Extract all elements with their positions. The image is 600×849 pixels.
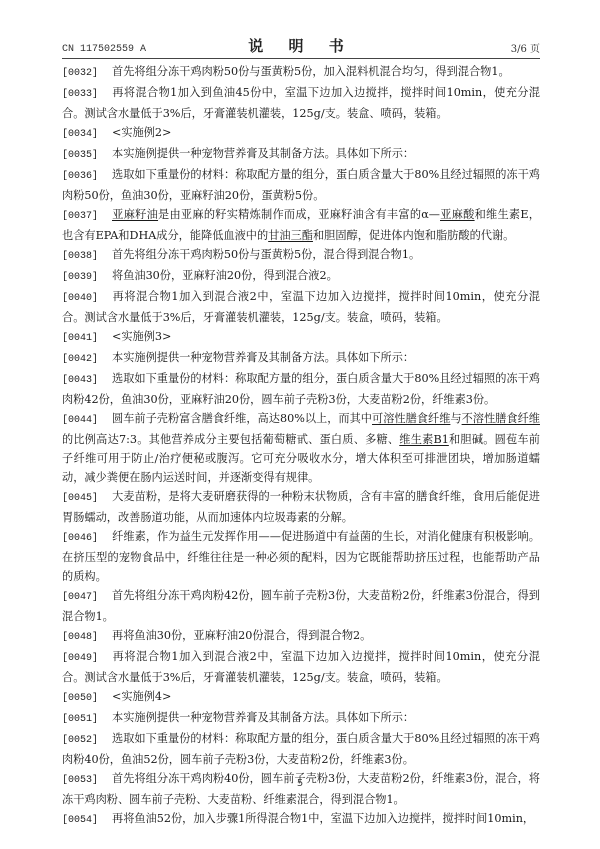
paragraph-text: 首先将组分冻干鸡肉粉50份与蛋黄粉5份，混合得到混合物1。: [112, 248, 420, 261]
paragraph-text: 选取如下重量份的材料：称取配方量的组分，蛋白质含量大于80%且经过辐照的冻干鸡肉…: [62, 168, 540, 202]
text-segment: 首先将组分冻干鸡肉粉50份与蛋黄粉5份，加入混料机混合均匀，得到混合物1。: [112, 65, 510, 78]
paragraph-number: [0047]: [62, 588, 112, 607]
text-segment: 再将鱼油30份，亚麻籽油20份混合，得到混合物2。: [112, 629, 371, 642]
paragraph-number: [0048]: [62, 628, 112, 647]
paragraph-number: [0044]: [62, 411, 112, 430]
paragraph: [0039]将鱼油30份，亚麻籽油20份，得到混合液2。: [62, 266, 540, 287]
text-segment: 与: [450, 412, 461, 425]
paragraph-text: 选取如下重量份的材料：称取配方量的组分，蛋白质含量大于80%且经过辐照的冻干鸡肉…: [62, 732, 540, 766]
text-segment: <实施例2>: [112, 126, 171, 139]
paragraph-text: 再将鱼油30份，亚麻籽油20份混合，得到混合物2。: [112, 629, 371, 642]
paragraph-number: [0043]: [62, 371, 112, 390]
paragraph-text: <实施例4>: [112, 690, 171, 703]
text-segment: 选取如下重量份的材料：称取配方量的组分，蛋白质含量大于80%且经过辐照的冻干鸡肉…: [62, 372, 540, 406]
paragraph-text: 大麦苗粉，是将大麦研磨获得的一种粉末状物质，含有丰富的膳食纤维，食用后能促进胃肠…: [62, 490, 540, 524]
paragraph-text: 首先将组分冻干鸡肉粉42份，圆车前子壳粉3份，大麦苗粉2份，纤维素3份混合，得到…: [62, 589, 540, 623]
paragraph-number: [0054]: [62, 811, 112, 830]
paragraph-number: [0045]: [62, 489, 112, 508]
paragraph: [0040]再将混合物1加入到混合液2中，室温下边加入边搅拌，搅拌时间10min…: [62, 287, 540, 327]
underlined-term: 亚麻酸: [440, 208, 475, 221]
paragraph-text: 选取如下重量份的材料：称取配方量的组分，蛋白质含量大于80%且经过辐照的冻干鸡肉…: [62, 372, 540, 406]
paragraph-text: 再将鱼油52份，加入步骤1所得混合物1中，室温下边加入边搅拌，搅拌时间10min…: [112, 812, 534, 825]
paragraph-number: [0032]: [62, 64, 112, 83]
paragraph: [0046]纤维素，作为益生元发挥作用——促进肠道中有益菌的生长，对消化健康有积…: [62, 527, 540, 586]
text-segment: 再将鱼油52份，加入步骤1所得混合物1中，室温下边加入边搅拌，搅拌时间10min…: [112, 812, 534, 825]
text-segment: 首先将组分冻干鸡肉粉42份，圆车前子壳粉3份，大麦苗粉2份，纤维素3份混合，得到…: [62, 589, 540, 623]
text-segment: 选取如下重量份的材料：称取配方量的组分，蛋白质含量大于80%且经过辐照的冻干鸡肉…: [62, 732, 540, 766]
underlined-term: 可溶性膳食纤维: [372, 412, 450, 425]
paragraph: [0034]<实施例2>: [62, 123, 540, 144]
text-segment: 本实施例提供一种宠物营养膏及其制备方法。具体如下所示：: [112, 147, 414, 160]
paragraph: [0052]选取如下重量份的材料：称取配方量的组分，蛋白质含量大于80%且经过辐…: [62, 729, 540, 769]
paragraph-text: <实施例2>: [112, 126, 171, 139]
paragraph-text: 本实施例提供一种宠物营养膏及其制备方法。具体如下所示：: [112, 147, 414, 160]
page-footer: 5: [0, 778, 600, 789]
text-segment: 选取如下重量份的材料：称取配方量的组分，蛋白质含量大于80%且经过辐照的冻干鸡肉…: [62, 168, 540, 202]
paragraph-text: 首先将组分冻干鸡肉粉50份与蛋黄粉5份，加入混料机混合均匀，得到混合物1。: [112, 65, 510, 78]
underlined-term: 亚麻籽油: [112, 208, 158, 221]
page-header: CN 117502559 A 说 明 书 3/6 页: [62, 36, 540, 59]
paragraph-text: 本实施例提供一种宠物营养膏及其制备方法。具体如下所示：: [112, 351, 414, 364]
paragraph: [0032]首先将组分冻干鸡肉粉50份与蛋黄粉5份，加入混料机混合均匀，得到混合…: [62, 62, 540, 83]
paragraph: [0051]本实施例提供一种宠物营养膏及其制备方法。具体如下所示：: [62, 708, 540, 729]
paragraph-text: 纤维素，作为益生元发挥作用——促进肠道中有益菌的生长，对消化健康有积极影响。在挤…: [62, 530, 540, 583]
paragraph: [0041]<实施例3>: [62, 327, 540, 348]
page-indicator: 3/6 页: [511, 40, 540, 55]
text-segment: 本实施例提供一种宠物营养膏及其制备方法。具体如下所示：: [112, 351, 414, 364]
paragraph-number: [0036]: [62, 167, 112, 186]
paragraph: [0043]选取如下重量份的材料：称取配方量的组分，蛋白质含量大于80%且经过辐…: [62, 369, 540, 409]
underlined-term: 维生素B1: [399, 433, 449, 446]
text-segment: 是由亚麻的籽实精炼制作而成，亚麻籽油含有丰富的α—: [158, 208, 440, 221]
paragraph-number: [0052]: [62, 731, 112, 750]
paragraph-text: 再将混合物1加入到混合液2中，室温下边加入边搅拌，搅拌时间10min，使充分混合…: [62, 290, 540, 324]
text-segment: <实施例3>: [112, 330, 171, 343]
paragraph: [0033]再将混合物1加入到鱼油45份中，室温下边加入边搅拌，搅拌时间10mi…: [62, 83, 540, 123]
document-body: [0032]首先将组分冻干鸡肉粉50份与蛋黄粉5份，加入混料机混合均匀，得到混合…: [62, 62, 540, 830]
paragraph-text: <实施例3>: [112, 330, 171, 343]
paragraph-text: 圆车前子壳粉富含膳食纤维，高达80%以上，而其中可溶性膳食纤维与不溶性膳食纤维的…: [62, 412, 540, 484]
paragraph: [0037]亚麻籽油是由亚麻的籽实精炼制作而成，亚麻籽油含有丰富的α—亚麻酸和维…: [62, 205, 540, 245]
paragraph: [0036]选取如下重量份的材料：称取配方量的组分，蛋白质含量大于80%且经过辐…: [62, 165, 540, 205]
text-segment: 圆车前子壳粉富含膳食纤维，高达80%以上，而其中: [112, 412, 372, 425]
text-segment: 大麦苗粉，是将大麦研磨获得的一种粉末状物质，含有丰富的膳食纤维，食用后能促进胃肠…: [62, 490, 540, 524]
paragraph-text: 再将混合物1加入到混合液2中，室温下边加入边搅拌，搅拌时间10min，使充分混合…: [62, 650, 540, 684]
paragraph-number: [0051]: [62, 710, 112, 729]
text-segment: 将鱼油30份，亚麻籽油20份，得到混合液2。: [112, 269, 338, 282]
underlined-term: 甘油三酯: [268, 229, 313, 242]
paragraph: [0050]<实施例4>: [62, 687, 540, 708]
paragraph-number: [0034]: [62, 125, 112, 144]
paragraph: [0045]大麦苗粉，是将大麦研磨获得的一种粉末状物质，含有丰富的膳食纤维，食用…: [62, 487, 540, 527]
paragraph-number: [0035]: [62, 146, 112, 165]
paragraph-text: 将鱼油30份，亚麻籽油20份，得到混合液2。: [112, 269, 338, 282]
paragraph-number: [0040]: [62, 289, 112, 308]
paragraph-number: [0037]: [62, 207, 112, 226]
paragraph: [0054]再将鱼油52份，加入步骤1所得混合物1中，室温下边加入边搅拌，搅拌时…: [62, 809, 540, 830]
text-segment: <实施例4>: [112, 690, 171, 703]
paragraph: [0047]首先将组分冻干鸡肉粉42份，圆车前子壳粉3份，大麦苗粉2份，纤维素3…: [62, 586, 540, 626]
paragraph: [0035]本实施例提供一种宠物营养膏及其制备方法。具体如下所示：: [62, 144, 540, 165]
paragraph: [0038]首先将组分冻干鸡肉粉50份与蛋黄粉5份，混合得到混合物1。: [62, 245, 540, 266]
page-number: 5: [297, 778, 303, 789]
text-segment: 再将混合物1加入到鱼油45份中，室温下边加入边搅拌，搅拌时间10min，使充分混…: [62, 86, 540, 120]
underlined-term: 不溶性膳食纤维: [462, 412, 540, 425]
paragraph-number: [0049]: [62, 649, 112, 668]
paragraph-number: [0038]: [62, 247, 112, 266]
paragraph: [0049]再将混合物1加入到混合液2中，室温下边加入边搅拌，搅拌时间10min…: [62, 647, 540, 687]
text-segment: 再将混合物1加入到混合液2中，室温下边加入边搅拌，搅拌时间10min，使充分混合…: [62, 290, 540, 324]
paragraph-number: [0050]: [62, 689, 112, 708]
text-segment: 本实施例提供一种宠物营养膏及其制备方法。具体如下所示：: [112, 711, 414, 724]
paragraph-text: 亚麻籽油是由亚麻的籽实精炼制作而成，亚麻籽油含有丰富的α—亚麻酸和维生素E，也含…: [62, 208, 540, 242]
text-segment: 纤维素，作为益生元发挥作用——促进肠道中有益菌的生长，对消化健康有积极影响。在挤…: [62, 530, 540, 583]
paragraph-number: [0041]: [62, 329, 112, 348]
text-segment: 和胆固醇，促进体内饱和脂肪酸的代谢。: [313, 229, 514, 242]
paragraph: [0044]圆车前子壳粉富含膳食纤维，高达80%以上，而其中可溶性膳食纤维与不溶…: [62, 409, 540, 487]
text-segment: 的比例高达7:3。其他营养成分主要包括葡萄糖甙、蛋白质、多糖、: [62, 433, 399, 446]
paragraph-text: 本实施例提供一种宠物营养膏及其制备方法。具体如下所示：: [112, 711, 414, 724]
paragraph: [0042]本实施例提供一种宠物营养膏及其制备方法。具体如下所示：: [62, 348, 540, 369]
paragraph: [0048]再将鱼油30份，亚麻籽油20份混合，得到混合物2。: [62, 626, 540, 647]
paragraph-number: [0042]: [62, 350, 112, 369]
paragraph-number: [0046]: [62, 529, 112, 548]
paragraph-number: [0039]: [62, 268, 112, 287]
text-segment: 首先将组分冻干鸡肉粉50份与蛋黄粉5份，混合得到混合物1。: [112, 248, 420, 261]
paragraph-number: [0033]: [62, 85, 112, 104]
paragraph-text: 再将混合物1加入到鱼油45份中，室温下边加入边搅拌，搅拌时间10min，使充分混…: [62, 86, 540, 120]
paragraph: [0053]首先将组分冻干鸡肉粉40份，圆车前子壳粉3份，大麦苗粉2份，纤维素3…: [62, 769, 540, 809]
page-title: 说 明 书: [62, 35, 540, 56]
text-segment: 再将混合物1加入到混合液2中，室温下边加入边搅拌，搅拌时间10min，使充分混合…: [62, 650, 540, 684]
